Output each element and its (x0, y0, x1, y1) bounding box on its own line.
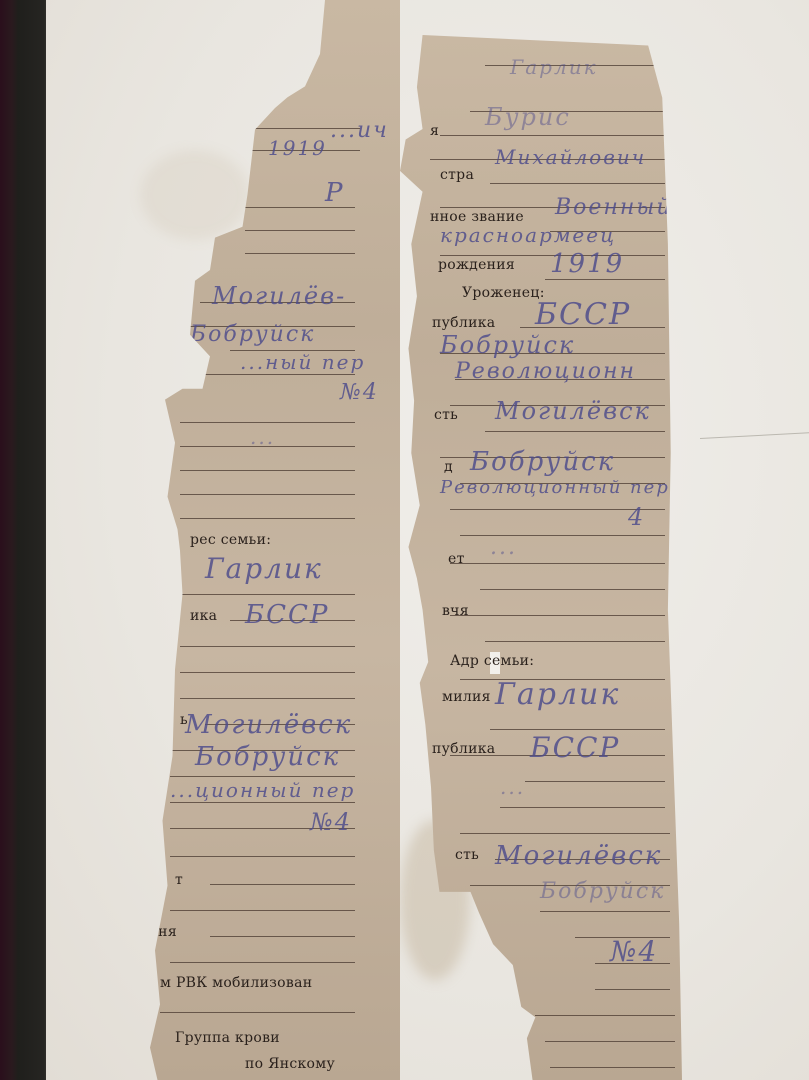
label-blood-group: Группа крови (175, 1030, 280, 1046)
handwritten-family-republic: БССР (245, 600, 329, 630)
handwritten-street: Революционн (455, 359, 636, 384)
book-spine (0, 0, 48, 1080)
label-republic: ика (190, 608, 217, 624)
label-republic: публика (432, 315, 495, 331)
handwritten-oblast: Могилёвск (495, 397, 651, 425)
handwritten-street-2: Революционный пер (440, 477, 670, 498)
handwritten-family-house: №4 (310, 808, 352, 836)
handwritten-entry: ...ич (330, 118, 389, 143)
handwritten-house: 4 (628, 503, 645, 531)
handwritten-entry: Р (325, 178, 345, 208)
handwritten-family-city: Бобруйск (540, 879, 665, 904)
label-at: ет (448, 551, 465, 567)
handwritten-patronymic: Михайлович (495, 145, 646, 169)
label-by-yansky: по Янскому (245, 1056, 335, 1072)
handwritten-rank-2: красноармеец (440, 223, 616, 247)
handwritten-birth-year: 1919 (550, 249, 624, 279)
handwritten-family-city: Бобруйск (195, 742, 340, 772)
label-education: вчя (442, 603, 469, 619)
handwritten-oblast: Могилёв- (212, 282, 346, 310)
label-surname: милия (442, 689, 491, 705)
handwritten-family-house: №4 (610, 935, 658, 968)
label-republic-2: публика (432, 741, 495, 757)
label-native-of: Уроженец: (462, 285, 545, 301)
handwritten-family-oblast: Могилёвск (185, 710, 352, 740)
handwritten-city: Бобруйск (440, 331, 575, 359)
handwritten-house: №4 (340, 380, 379, 405)
label-oblast-2: сть (455, 847, 479, 863)
handwritten-city: Бобруйск (190, 322, 315, 347)
handwritten-family-oblast: Могилёвск (495, 841, 662, 871)
handwritten-rank: Военный (555, 195, 673, 220)
label-at: т (175, 872, 183, 888)
label-family-address: рес семьи: (190, 532, 271, 548)
handwritten-family-surname: Гарлик (495, 677, 620, 712)
label-nationality: я (430, 123, 439, 139)
handwritten-family-street: ...ционный пер (170, 778, 355, 802)
label-oblast: сть (434, 407, 458, 423)
handwritten-street: ...ный пер (240, 350, 365, 374)
handwritten-faded: ... (490, 535, 517, 560)
label-city: д (444, 459, 453, 475)
label-birth-year: рождения (438, 257, 515, 273)
handwritten-faded: ... (250, 425, 275, 449)
handwritten-family-republic: БССР (530, 731, 620, 764)
paper-stain (140, 150, 250, 240)
handwritten-surname: Гарлик (510, 55, 598, 79)
handwritten-republic: БССР (535, 297, 631, 332)
label-position: стра (440, 167, 474, 183)
label-rvk-mobilized: м РВК мобилизован (160, 975, 312, 991)
handwritten-birth-year: 1919 (268, 136, 327, 160)
label-family-address: Адр семьи: (450, 653, 534, 669)
handwritten-family-surname: Гарлик (205, 552, 323, 585)
handwritten-city-2: Бобруйск (470, 447, 615, 477)
handwritten-name: Бурис (485, 103, 571, 131)
handwritten-family-street: ... (500, 775, 525, 799)
